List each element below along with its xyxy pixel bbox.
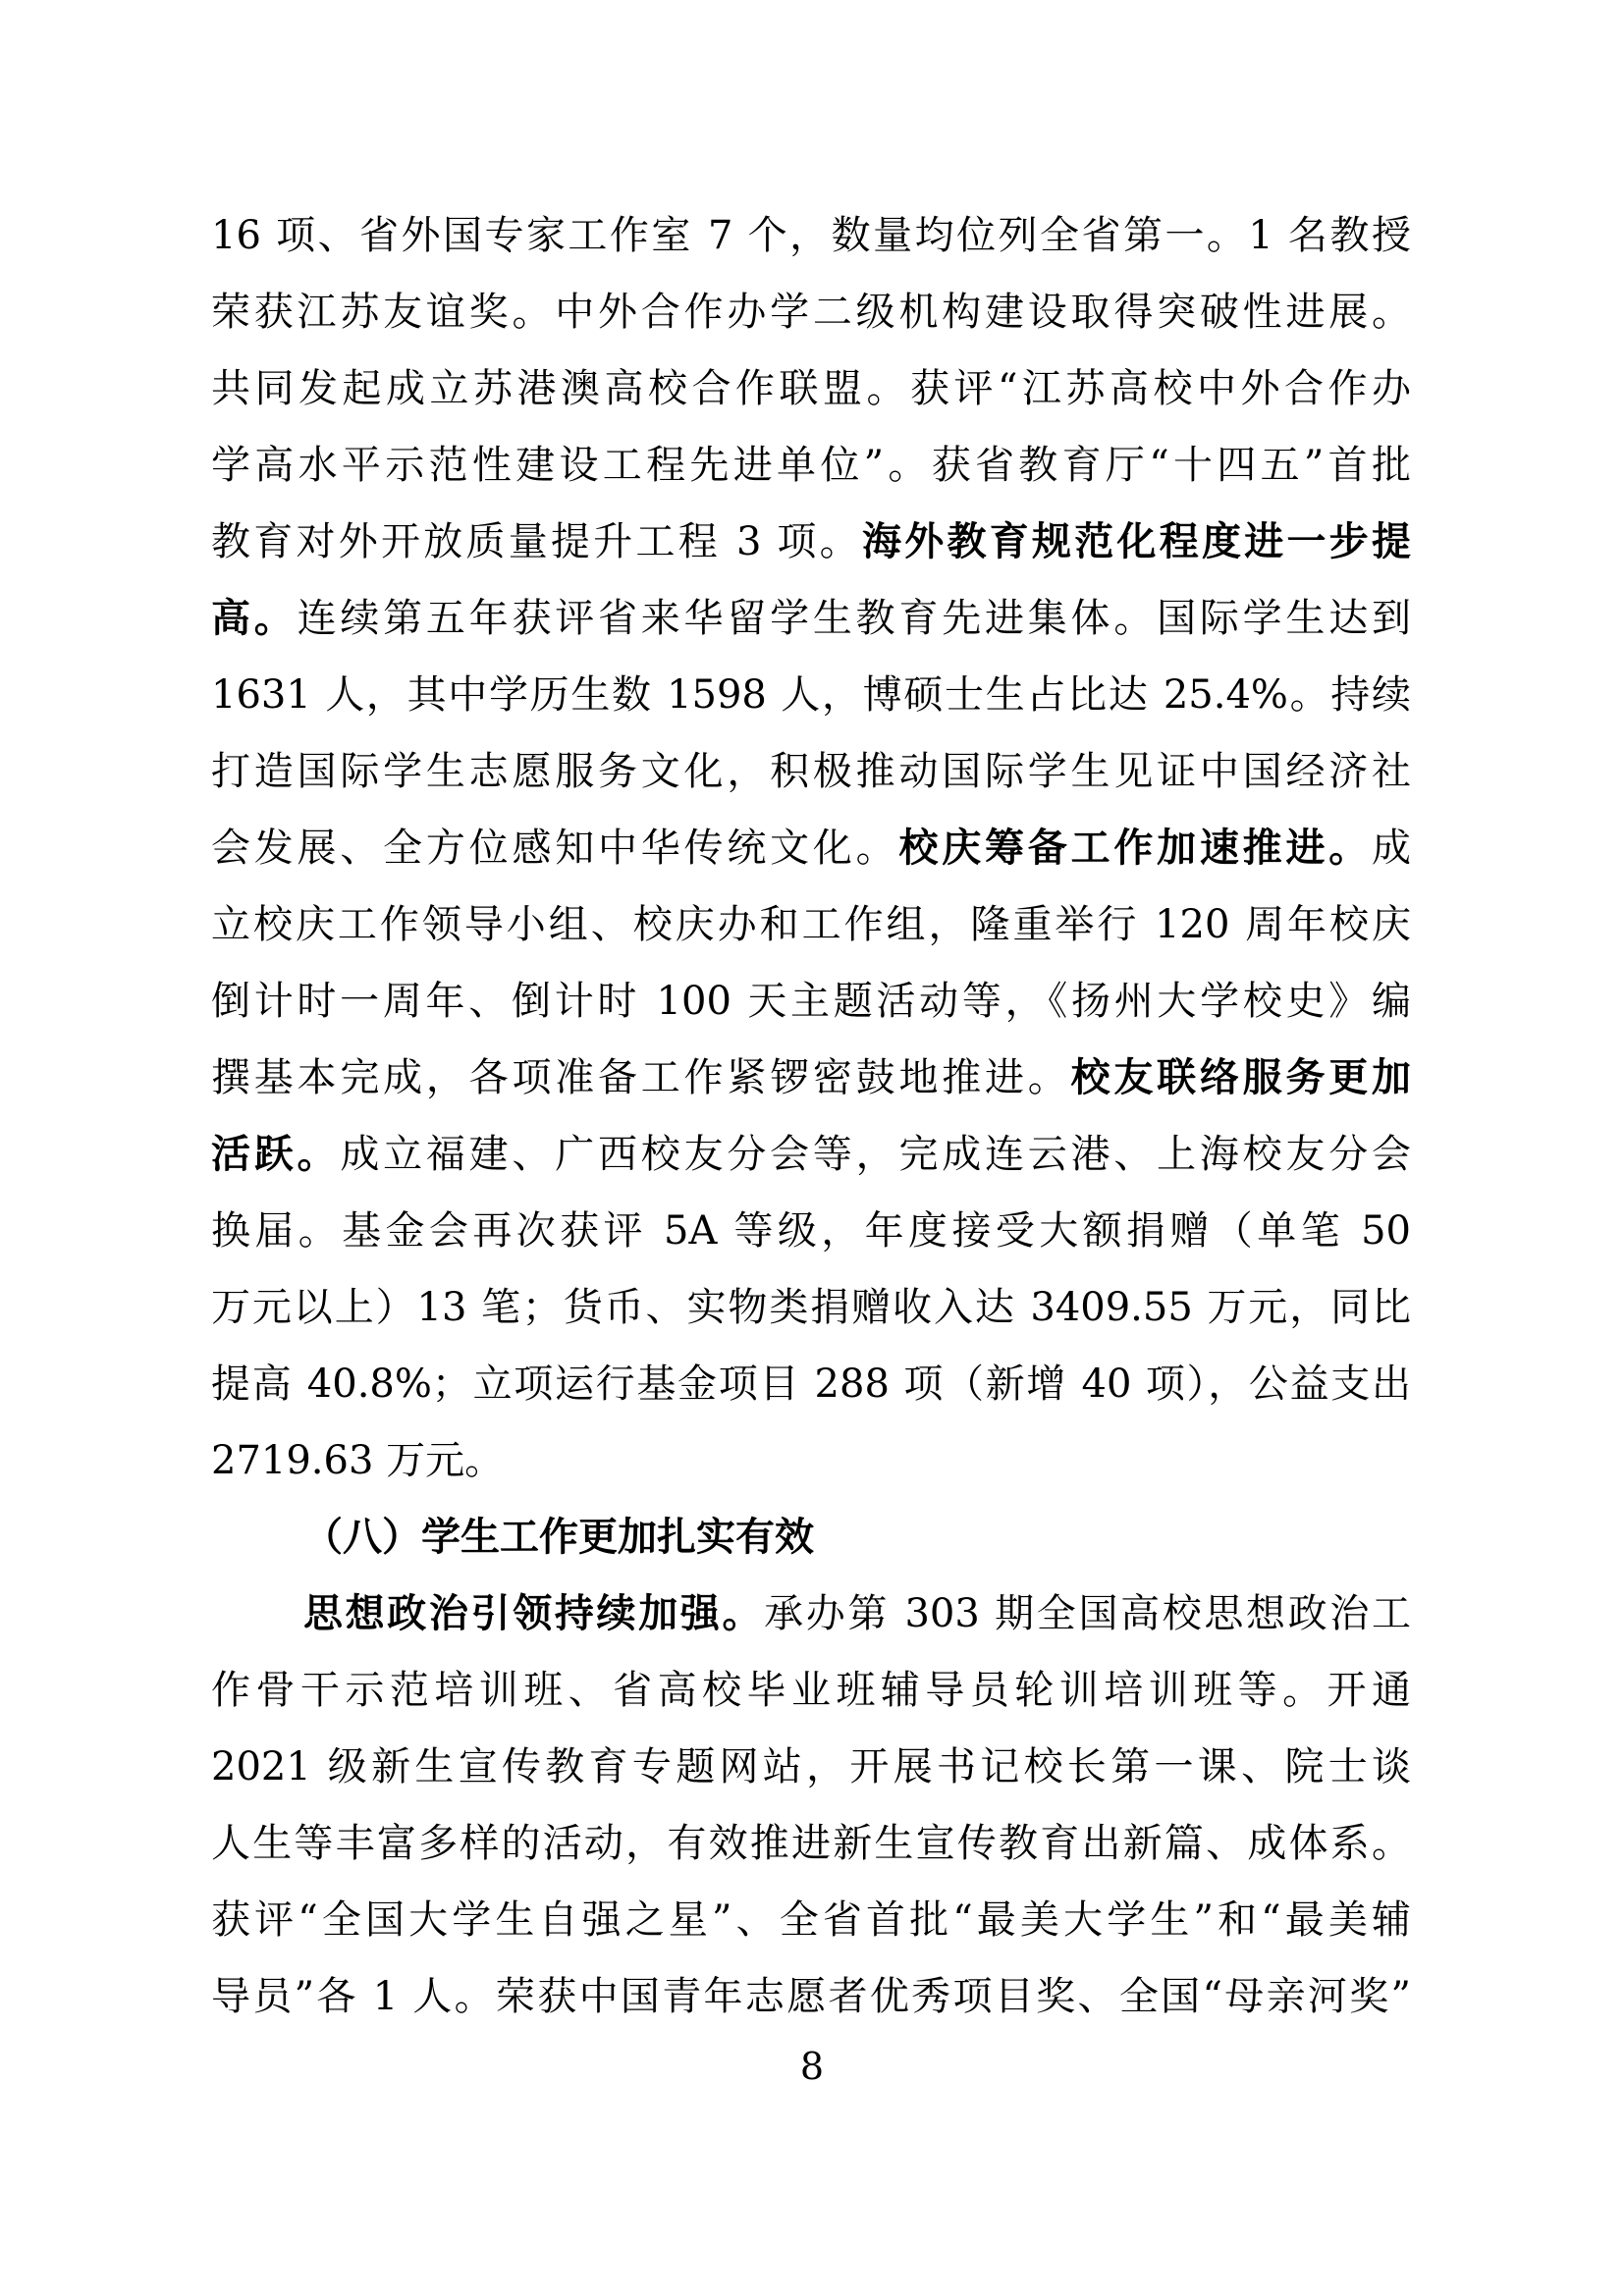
text-line: 提高 40.8%；立项运行基金项目 288 项（新增 40 项），公益支出: [211, 1346, 1411, 1422]
text-segment: 荣获江苏友谊奖。中外合作办学二级机构建设取得突破性进展。: [211, 290, 1411, 335]
bold-text-segment: 校友联络服务更加: [1071, 1054, 1411, 1100]
text-segment: 2021 级新生宣传教育专题网站，开展书记校长第一课、院士谈: [211, 1744, 1411, 1789]
text-segment: 承办第 303 期全国高校思想政治工: [764, 1591, 1411, 1636]
text-line: 会发展、全方位感知中华传统文化。校庆筹备工作加速推进。成: [211, 810, 1411, 886]
text-line: 撰基本完成，各项准备工作紧锣密鼓地推进。校友联络服务更加: [211, 1040, 1411, 1116]
page-number: 8: [0, 2042, 1624, 2091]
text-line: 作骨干示范培训班、省高校毕业班辅导员轮训培训班等。开通: [211, 1652, 1411, 1729]
text-segment: 换届。基金会再次获评 5A 等级，年度接受大额捐赠（单笔 50: [211, 1208, 1411, 1254]
bold-text-segment: 校庆筹备工作加速推进。: [898, 825, 1372, 871]
document-page: 16 项、省外国专家工作室 7 个，数量均位列全省第一。1 名教授荣获江苏友谊奖…: [0, 0, 1624, 2296]
bold-text-segment: 高。: [211, 595, 298, 641]
text-line: 学高水平示范性建设工程先进单位”。获省教育厅“十四五”首批: [211, 427, 1411, 504]
text-segment: 学高水平示范性建设工程先进单位”。获省教育厅“十四五”首批: [211, 443, 1411, 488]
text-segment: 倒计时一周年、倒计时 100 天主题活动等，《扬州大学校史》编: [211, 979, 1411, 1024]
text-line: 打造国际学生志愿服务文化，积极推动国际学生见证中国经济社: [211, 733, 1411, 810]
bold-text-segment: 海外教育规范化程度进一步提: [862, 518, 1411, 564]
text-line: 2021 级新生宣传教育专题网站，开展书记校长第一课、院士谈: [211, 1729, 1411, 1805]
section-heading-line: （八）学生工作更加扎实有效: [211, 1499, 1411, 1575]
text-line: 2719.63 万元。: [211, 1422, 1411, 1499]
text-segment: 16 项、省外国专家工作室 7 个，数量均位列全省第一。1 名教授: [211, 213, 1411, 258]
text-segment: 连续第五年获评省来华留学生教育先进集体。国际学生达到: [298, 596, 1411, 641]
text-segment: 2719.63 万元。: [211, 1438, 504, 1483]
text-segment: 共同发起成立苏港澳高校合作联盟。获评“江苏高校中外合作办: [211, 366, 1411, 411]
text-line: 荣获江苏友谊奖。中外合作办学二级机构建设取得突破性进展。: [211, 274, 1411, 350]
text-line: 立校庆工作领导小组、校庆办和工作组，隆重举行 120 周年校庆: [211, 886, 1411, 963]
text-segment: 打造国际学生志愿服务文化，积极推动国际学生见证中国经济社: [211, 749, 1411, 794]
text-segment: 获评“全国大学生自强之星”、全省首批“最美大学生”和“最美辅: [211, 1897, 1411, 1943]
text-line: 教育对外开放质量提升工程 3 项。海外教育规范化程度进一步提: [211, 504, 1411, 580]
text-segment: 1631 人，其中学历生数 1598 人，博硕士生占比达 25.4%。持续: [211, 672, 1411, 718]
text-line: 倒计时一周年、倒计时 100 天主题活动等，《扬州大学校史》编: [211, 963, 1411, 1040]
text-segment: 导员”各 1 人。荣获中国青年志愿者优秀项目奖、全国“母亲河奖”: [211, 1974, 1411, 2019]
text-line: 高。连续第五年获评省来华留学生教育先进集体。国际学生达到: [211, 580, 1411, 657]
bold-text-segment: 思想政治引领持续加强。: [303, 1590, 764, 1636]
text-segment: 人生等丰富多样的活动，有效推进新生宣传教育出新篇、成体系。: [211, 1821, 1411, 1866]
text-line: 换届。基金会再次获评 5A 等级，年度接受大额捐赠（单笔 50: [211, 1193, 1411, 1269]
text-segment: 教育对外开放质量提升工程 3 项。: [211, 519, 862, 564]
text-line: 思想政治引领持续加强。承办第 303 期全国高校思想政治工: [211, 1575, 1411, 1652]
text-segment: 成: [1372, 826, 1411, 871]
text-line: 共同发起成立苏港澳高校合作联盟。获评“江苏高校中外合作办: [211, 350, 1411, 427]
bold-text-segment: 活跃。: [211, 1131, 340, 1177]
text-line: 万元以上）13 笔；货币、实物类捐赠收入达 3409.55 万元，同比: [211, 1269, 1411, 1346]
text-line: 获评“全国大学生自强之星”、全省首批“最美大学生”和“最美辅: [211, 1882, 1411, 1958]
bold-text-segment: （八）学生工作更加扎实有效: [303, 1514, 814, 1560]
text-line: 人生等丰富多样的活动，有效推进新生宣传教育出新篇、成体系。: [211, 1805, 1411, 1882]
text-segment: 作骨干示范培训班、省高校毕业班辅导员轮训培训班等。开通: [211, 1668, 1411, 1713]
text-segment: 成立福建、广西校友分会等，完成连云港、上海校友分会: [340, 1132, 1411, 1177]
text-segment: 提高 40.8%；立项运行基金项目 288 项（新增 40 项），公益支出: [211, 1362, 1411, 1407]
text-line: 1631 人，其中学历生数 1598 人，博硕士生占比达 25.4%。持续: [211, 657, 1411, 733]
text-segment: 会发展、全方位感知中华传统文化。: [211, 826, 898, 871]
text-line: 16 项、省外国专家工作室 7 个，数量均位列全省第一。1 名教授: [211, 197, 1411, 274]
text-segment: 立校庆工作领导小组、校庆办和工作组，隆重举行 120 周年校庆: [211, 902, 1411, 947]
text-line: 导员”各 1 人。荣获中国青年志愿者优秀项目奖、全国“母亲河奖”: [211, 1958, 1411, 2035]
text-segment: 撰基本完成，各项准备工作紧锣密鼓地推进。: [211, 1055, 1071, 1100]
text-segment: 万元以上）13 笔；货币、实物类捐赠收入达 3409.55 万元，同比: [211, 1285, 1411, 1330]
text-block: 16 项、省外国专家工作室 7 个，数量均位列全省第一。1 名教授荣获江苏友谊奖…: [211, 197, 1411, 2035]
text-line: 活跃。成立福建、广西校友分会等，完成连云港、上海校友分会: [211, 1116, 1411, 1193]
